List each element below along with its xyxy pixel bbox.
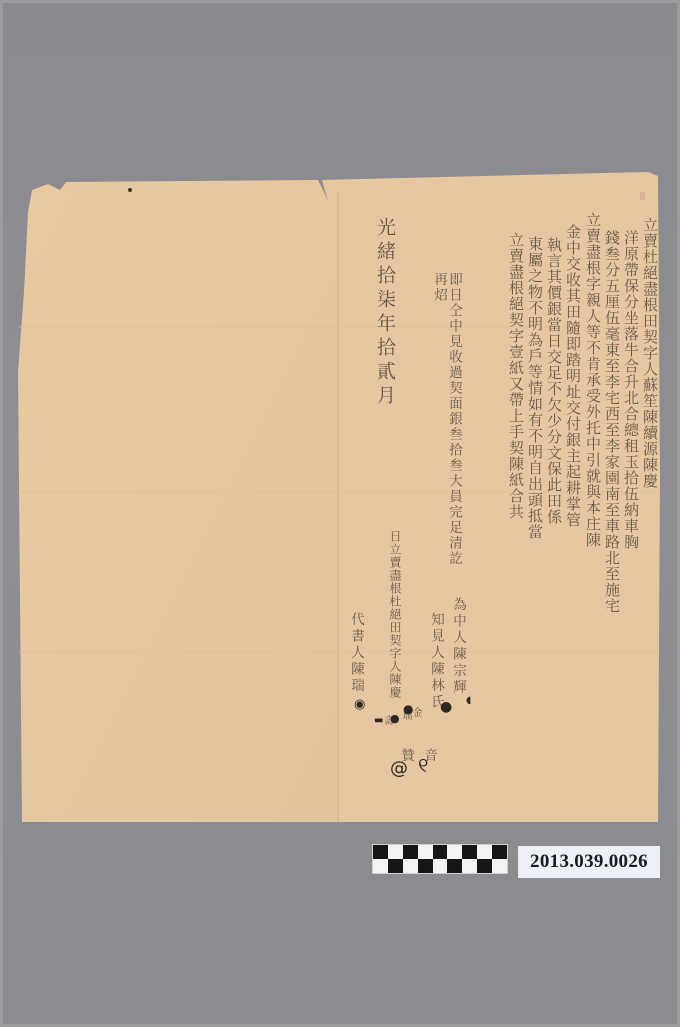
deed-text-column: 執言其價銀當日交足不欠少分文保此田係 xyxy=(545,237,562,817)
fingerprint-mark-icon: ● xyxy=(403,702,413,716)
fingerprint-mark-icon: ● xyxy=(440,700,452,714)
middleman-signature: 為中人陳宗輝 xyxy=(450,597,465,727)
deed-text-column: 立賣盡根絕契字壹紙又帶上手契陳紙合共 xyxy=(507,232,524,712)
fingerprint-mark-icon: ◖ xyxy=(466,694,471,708)
receipt-note: 即日仝中見收過契面銀叁拾叁大員完足清訖再炤 xyxy=(431,272,461,572)
fingerprint-mark-icon: ● xyxy=(390,712,400,726)
catalog-label-area: 2013.039.0026 xyxy=(370,843,660,881)
deed-text-column: 金中交收其田隨即踏明址交付銀主起耕掌管 xyxy=(564,224,581,814)
seller-signature: 日立賣盡根杜絕田契字人陳慶 xyxy=(388,530,401,730)
deed-paper: 立賣杜絕盡根田契字人蘇笙陳續源陳慶 洋原帶保分坐落牛合升北合總租玉拾伍納車胸 錢… xyxy=(18,172,663,822)
swirl-mark-icon: @ xyxy=(390,762,408,776)
deed-date: 光緒拾柒年拾貳月 xyxy=(375,217,395,417)
accession-number-label: 2013.039.0026 xyxy=(518,846,660,878)
swirl-mark-icon: ୧ xyxy=(418,758,428,772)
fingerprint-mark-icon: ◉ xyxy=(354,698,365,712)
deed-text-column: 立賣盡根字親人等不肯承受外托中引就與本庄陳 xyxy=(584,212,601,807)
fingerprint-mark-icon: ▬ xyxy=(374,714,383,728)
deed-text-column: 洋原帶保分坐落牛合升北合總租玉拾伍納車胸 xyxy=(622,230,639,820)
deed-text-column: 錢叁分五厘伍毫東至李宅西至李家園南至車路北至施宅 xyxy=(603,230,620,820)
color-scale-bar xyxy=(373,845,507,873)
deed-text-column: 東屬之物不明為戶等情如有不明自出頭抵當 xyxy=(526,236,543,816)
